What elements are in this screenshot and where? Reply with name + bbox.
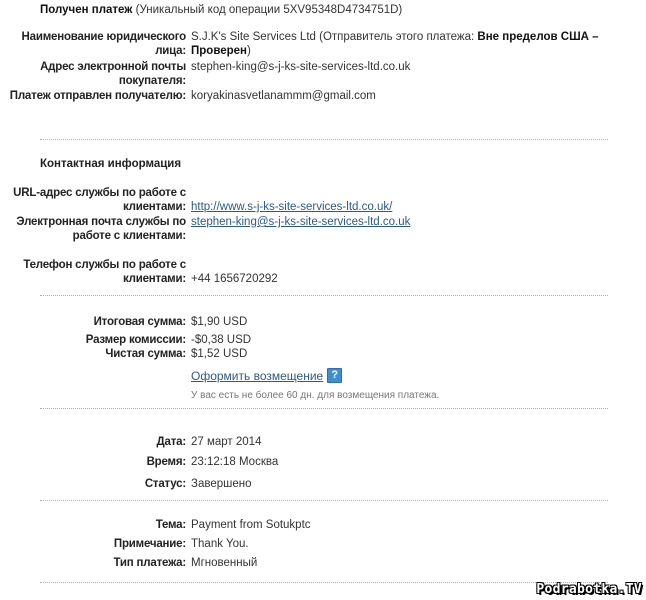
time-row: Время: 23:12:18 Москва [0, 455, 620, 469]
payment-type-row: Тип платежа: Мгновенный [0, 556, 620, 570]
fee-value: -$0,38 USD [186, 333, 620, 347]
status-label: Статус: [0, 477, 186, 491]
fee-label: Размер комиссии: [0, 333, 186, 347]
recipient-label: Платеж отправлен получателю: [0, 89, 186, 103]
support-url-label: URL-адрес службы по работе с клиентами: [0, 186, 186, 214]
issue-refund-link[interactable]: Оформить возмещение [191, 369, 323, 383]
page-header: Получен платеж (Уникальный код операции … [40, 4, 402, 16]
support-email-label: Электронная почта службы по работе с кли… [0, 215, 186, 243]
refund-container: Оформить возмещение ? [191, 368, 342, 383]
legal-name-value: S.J.K's Site Services Ltd (Отправитель э… [186, 30, 620, 58]
payment-type-label: Тип платежа: [0, 556, 186, 570]
status-row: Статус: Завершено [0, 477, 620, 491]
fee-row: Размер комиссии: -$0,38 USD [0, 333, 620, 347]
net-row: Чистая сумма: $1,52 USD [0, 347, 620, 361]
note-value: Thank You. [186, 537, 620, 551]
buyer-email-value: stephen-king@s-j-ks-site-services-ltd.co… [186, 60, 620, 88]
date-label: Дата: [0, 435, 186, 449]
legal-name-row: Наименование юридического лица: S.J.K's … [0, 30, 620, 58]
buyer-email-row: Адрес электронной почты покупателя: step… [0, 60, 620, 88]
net-value: $1,52 USD [186, 347, 620, 361]
total-value: $1,90 USD [186, 315, 620, 329]
support-phone-value: +44 1656720292 [186, 258, 620, 286]
total-label: Итоговая сумма: [0, 315, 186, 329]
separator [40, 408, 608, 409]
separator [40, 500, 608, 501]
refund-note: У вас есть не более 60 дн. для возмещени… [191, 390, 439, 401]
net-label: Чистая сумма: [0, 347, 186, 361]
subject-row: Тема: Payment from Sotukptc [0, 518, 620, 532]
subject-value: Payment from Sotukptc [186, 518, 620, 532]
note-row: Примечание: Thank You. [0, 537, 620, 551]
separator [40, 582, 608, 583]
support-phone-label: Телефон службы по работе с клиентами: [0, 258, 186, 286]
time-label: Время: [0, 455, 186, 469]
buyer-email-label: Адрес электронной почты покупателя: [0, 60, 186, 88]
watermark-logo: Podrabotka.TV [536, 582, 642, 597]
separator [40, 139, 608, 140]
help-icon[interactable]: ? [327, 368, 342, 383]
separator [40, 295, 608, 296]
total-row: Итоговая сумма: $1,90 USD [0, 315, 620, 329]
support-url-link[interactable]: http://www.s-j-ks-site-services-ltd.co.u… [191, 201, 392, 213]
contact-section-title: Контактная информация [40, 158, 181, 170]
payment-type-value: Мгновенный [186, 556, 620, 570]
subject-label: Тема: [0, 518, 186, 532]
status-value: Завершено [186, 477, 620, 491]
legal-name-label: Наименование юридического лица: [0, 30, 186, 58]
page-title: Получен платеж [40, 4, 132, 16]
support-phone-row: Телефон службы по работе с клиентами: +4… [0, 258, 620, 286]
date-value: 27 март 2014 [186, 435, 620, 449]
recipient-value: koryakinasvetlanammm@gmail.com [186, 89, 620, 103]
transaction-id: (Уникальный код операции 5XV95348D473475… [136, 4, 403, 16]
support-email-row: Электронная почта службы по работе с кли… [0, 215, 620, 243]
recipient-row: Платеж отправлен получателю: koryakinasv… [0, 89, 620, 103]
time-value: 23:12:18 Москва [186, 455, 620, 469]
date-row: Дата: 27 март 2014 [0, 435, 620, 449]
support-url-row: URL-адрес службы по работе с клиентами: … [0, 186, 620, 214]
support-email-link[interactable]: stephen-king@s-j-ks-site-services-ltd.co… [191, 216, 410, 228]
note-label: Примечание: [0, 537, 186, 551]
